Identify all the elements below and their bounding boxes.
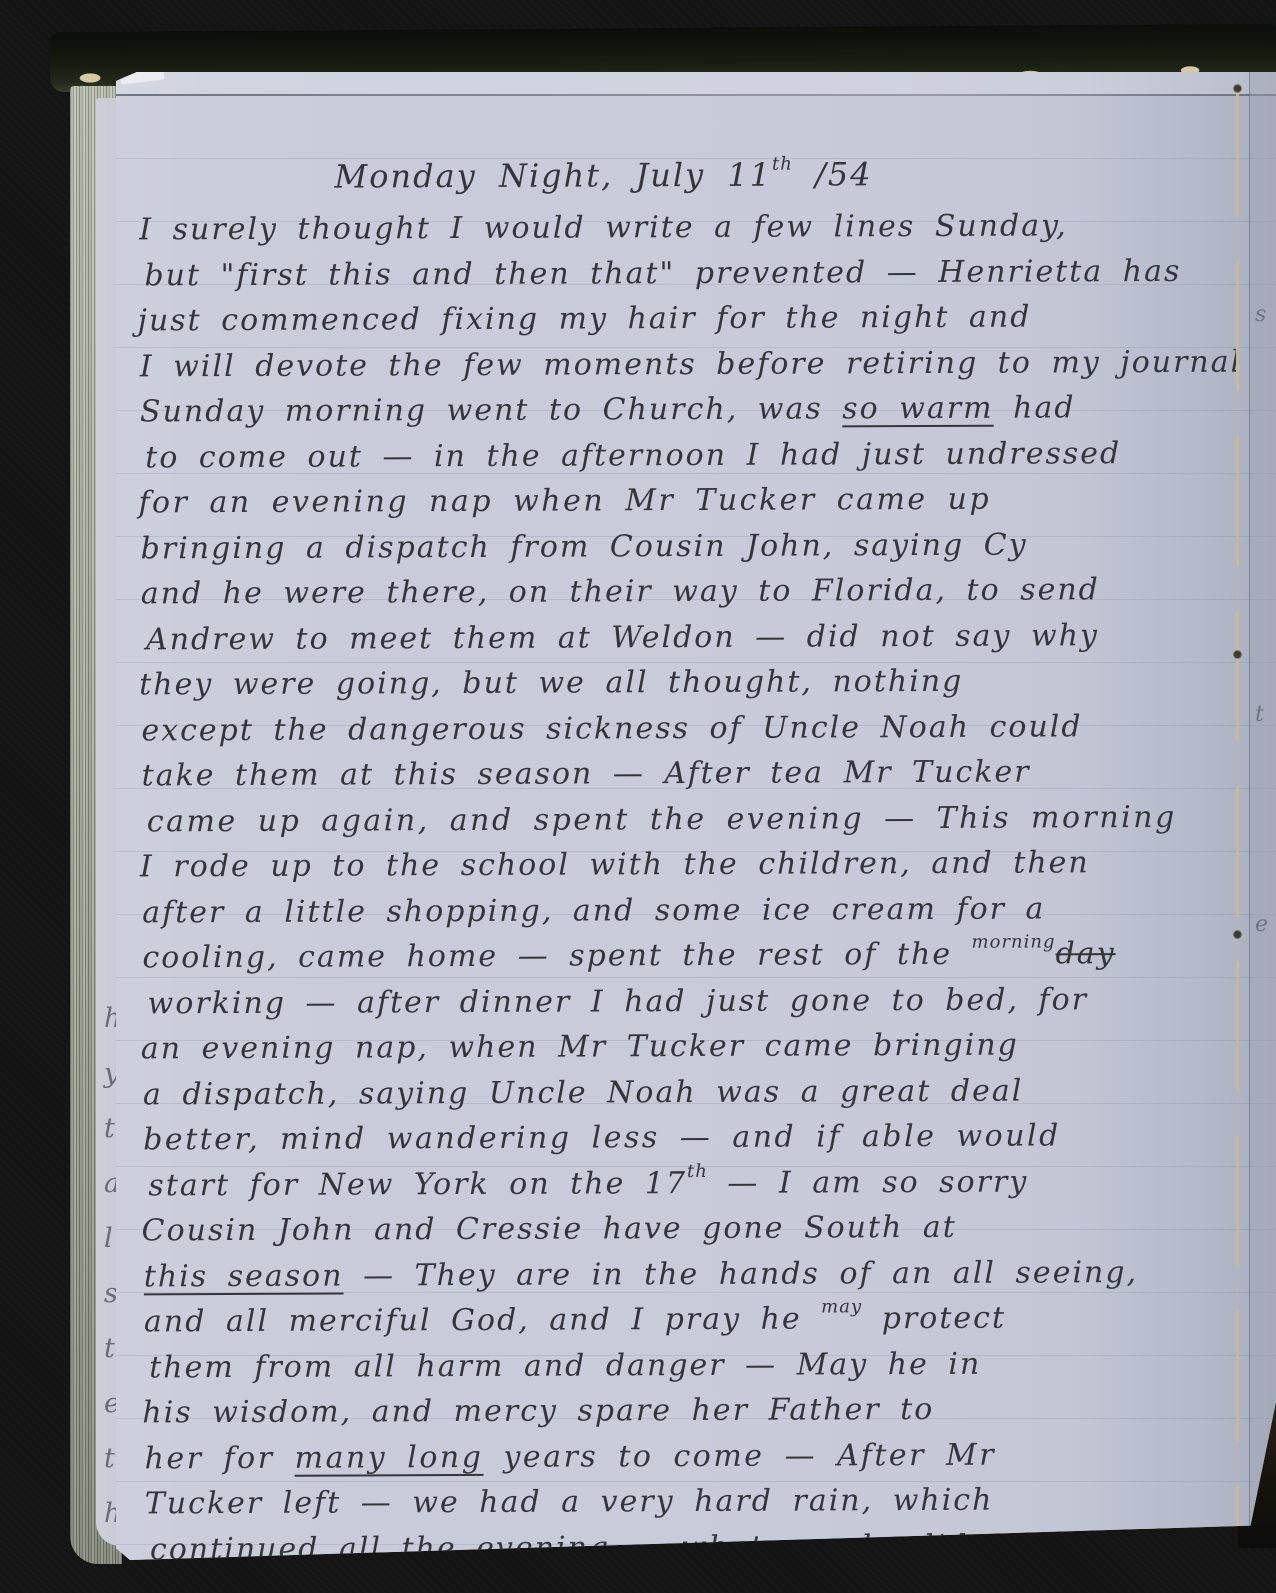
handwriting-segment: Cousin John and Cressie have gone South … — [142, 1210, 957, 1249]
handwriting-segment: and all merciful God, and I pray he — [144, 1301, 821, 1339]
handwriting-segment: — They are in the hands of an all seeing… — [343, 1255, 1138, 1293]
handwriting-segment: better, mind wandering less — and if abl… — [143, 1118, 1061, 1157]
handwriting-line: cooling, came home — spent the rest of t… — [142, 936, 1248, 986]
handwriting-segment: th — [687, 1160, 708, 1181]
handwriting-segment: an evening nap, when Mr Tucker came brin… — [141, 1028, 1019, 1067]
handwriting-line: start for New York on the 17th — I am so… — [148, 1163, 1249, 1213]
handwriting-line: and he were there, on their way to Flori… — [141, 572, 1247, 622]
handwriting-segment: except the dangerous sickness of Uncle N… — [141, 709, 1082, 748]
handwriting-line: they were going, but we all thought, not… — [139, 663, 1247, 713]
handwriting-line: working — after dinner I had just gone t… — [148, 981, 1249, 1031]
handwriting-block: Monday Night, July 11th /54 I surely tho… — [139, 154, 1251, 1578]
handwriting-segment: day — [1055, 936, 1115, 971]
handwriting-line: take them at this season — After tea Mr … — [142, 754, 1248, 804]
handwriting-line: I surely thought I would write a few lin… — [139, 208, 1245, 258]
handwriting-segment: years to come — After Mr — [483, 1437, 996, 1474]
handwriting-line: her for many long years to come — After … — [145, 1436, 1251, 1486]
scanned-book-photo: hytalstetrhw Monday Night, July 11th /54… — [0, 0, 1276, 1593]
handwriting-segment: to come out — in the afternoon I had jus… — [145, 436, 1121, 475]
handwriting-segment: I rode up to the school with the childre… — [140, 845, 1090, 884]
page-text-fragment: t — [104, 1113, 117, 1144]
handwriting-segment: /54 — [793, 155, 873, 193]
handwriting-line: his wisdom, and mercy spare her Father t… — [142, 1391, 1250, 1441]
handwriting-segment: take them at this season — After tea Mr … — [142, 755, 1031, 794]
handwriting-segment: her for — [145, 1440, 295, 1476]
handwriting-line: I rode up to the school with the childre… — [140, 845, 1248, 895]
stitch-hole — [1233, 650, 1242, 659]
stitch-hole — [1233, 84, 1242, 93]
handwriting-segment: Monday Night, July 11 — [334, 156, 772, 196]
handwriting-segment: I will devote the few moments before ret… — [140, 344, 1243, 384]
handwriting-lines: I surely thought I would write a few lin… — [139, 208, 1251, 1578]
binding-thread — [1236, 86, 1239, 1566]
handwriting-line: Tucker left — we had a very hard rain, w… — [145, 1482, 1251, 1532]
handwriting-line: to come out — in the afternoon I had jus… — [145, 435, 1246, 485]
handwriting-segment: after a little shopping, and some ice cr… — [142, 891, 1045, 930]
handwriting-line: them from all harm and danger — May he i… — [149, 1345, 1250, 1395]
next-page-sliver: ste — [1249, 72, 1276, 1566]
diary-heading: Monday Night, July 11th /54 — [139, 154, 1068, 204]
page-text-fragment: s — [1255, 302, 1266, 327]
handwriting-line: and all merciful God, and I pray he may … — [144, 1300, 1250, 1350]
page-top-fold-strip — [116, 72, 1276, 94]
handwriting-segment: they were going, but we all thought, not… — [139, 664, 963, 703]
handwriting-line: after a little shopping, and some ice cr… — [142, 890, 1248, 940]
handwriting-line: an evening nap, when Mr Tucker came brin… — [141, 1027, 1249, 1077]
handwriting-segment: th — [772, 154, 793, 175]
handwriting-segment: his wisdom, and mercy spare her Father t… — [142, 1392, 934, 1430]
handwriting-segment: Sunday morning went to Church, was — [140, 391, 842, 429]
handwriting-segment: so warm — [842, 391, 994, 427]
handwriting-line: just commenced fixing my hair for the ni… — [138, 299, 1246, 349]
page-text-fragment: l — [104, 1223, 115, 1254]
handwriting-line: continued all the evening — what a splen… — [150, 1527, 1251, 1577]
handwriting-segment: for an evening nap when Mr Tucker came u… — [138, 482, 991, 521]
handwriting-segment: and he were there, on their way to Flori… — [141, 572, 1100, 611]
handwriting-segment: Andrew to meet them at Weldon — did not … — [146, 618, 1099, 657]
handwriting-segment: cooling, came home — spent the rest of t… — [142, 937, 971, 976]
handwriting-segment: I surely thought I would write a few lin… — [139, 208, 1068, 247]
handwriting-segment: a dispatch, saying Uncle Noah was a grea… — [143, 1073, 1023, 1112]
handwriting-line: Cousin John and Cressie have gone South … — [142, 1209, 1250, 1259]
handwriting-segment: had — [994, 390, 1076, 425]
stitch-hole — [1233, 930, 1242, 939]
handwriting-line: this season — They are in the hands of a… — [144, 1254, 1250, 1304]
handwriting-segment: start for New York on the 17 — [148, 1166, 687, 1203]
handwriting-line: I will devote the few moments before ret… — [140, 344, 1246, 394]
handwriting-segment: may — [821, 1296, 862, 1317]
handwriting-segment: bringing a dispatch from Cousin John, sa… — [141, 527, 1028, 566]
handwriting-segment: continued all the evening — what a splen… — [150, 1528, 969, 1567]
handwriting-line: for an evening nap when Mr Tucker came u… — [138, 481, 1246, 531]
handwriting-line: bringing a dispatch from Cousin John, sa… — [141, 526, 1247, 576]
page-text-fragment: e — [1255, 912, 1268, 937]
handwriting-segment: Tucker left — we had a very hard rain, w… — [145, 1483, 994, 1522]
handwriting-line: except the dangerous sickness of Uncle N… — [141, 708, 1247, 758]
diary-page: Monday Night, July 11th /54 I surely tho… — [116, 72, 1276, 1566]
handwriting-line: a dispatch, saying Uncle Noah was a grea… — [143, 1072, 1249, 1122]
handwriting-segment: working — after dinner I had just gone t… — [148, 982, 1089, 1021]
handwriting-segment: many long — [295, 1439, 484, 1475]
handwriting-segment: but "first this and then that" prevented… — [144, 253, 1181, 293]
handwriting-line: Andrew to meet them at Weldon — did not … — [146, 617, 1247, 667]
page-text-fragment: t — [1255, 702, 1264, 727]
handwriting-line: but "first this and then that" prevented… — [144, 253, 1245, 303]
handwriting-segment: protect — [862, 1301, 1006, 1337]
handwriting-segment: came up again, and spent the evening — T… — [147, 799, 1177, 838]
page-text-fragment: t — [104, 1333, 117, 1364]
handwriting-segment: — I am so sorry — [708, 1164, 1029, 1200]
handwriting-line: came up again, and spent the evening — T… — [147, 799, 1248, 849]
handwriting-segment: morning — [971, 931, 1055, 952]
handwriting-segment: this season — [144, 1258, 344, 1294]
handwriting-segment: just commenced fixing my hair for the ni… — [138, 300, 1032, 339]
handwriting-line: Sunday morning went to Church, was so wa… — [140, 390, 1246, 440]
handwriting-segment: them from all harm and danger — May he i… — [149, 1346, 981, 1385]
